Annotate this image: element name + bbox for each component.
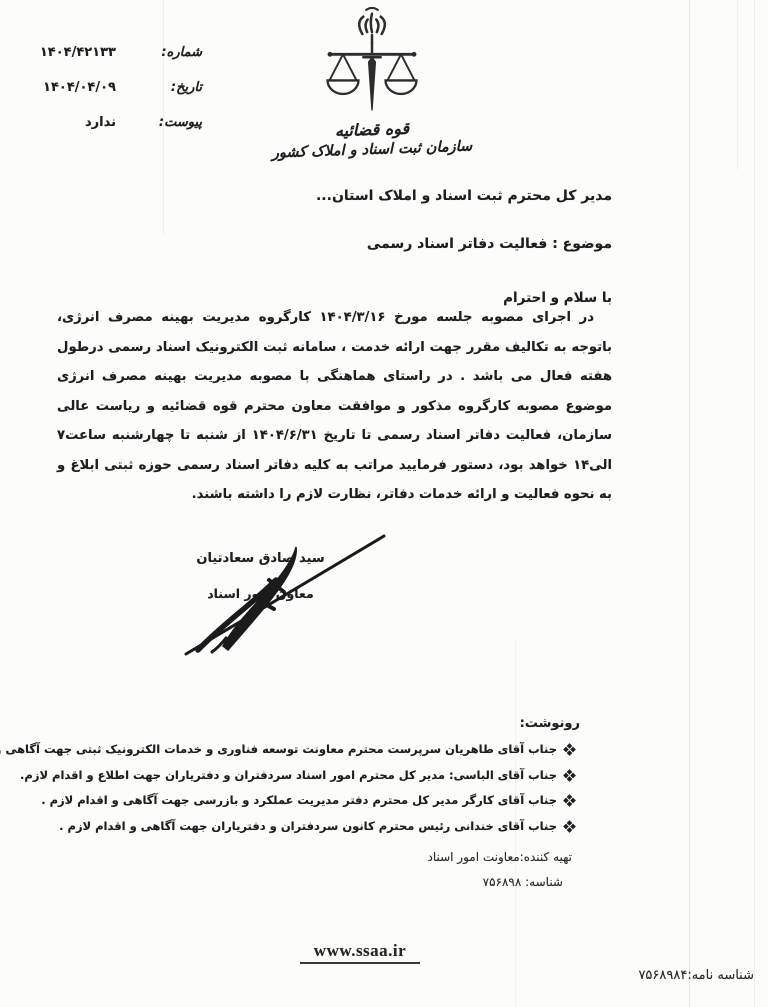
letter-attachment-label: پیوست: (144, 114, 202, 132)
cc-item-text: جناب آقای کارگر مدیر کل محترم دفتر مدیری… (41, 788, 557, 814)
addressee-line: مدیر کل محترم ثبت اسناد و املاک استان... (316, 188, 612, 204)
cc-item: جناب آقای الباسی: مدیر کل محترم امور اسن… (30, 763, 580, 789)
letter-number-value: ۱۴۰۴/۴۲۱۳۳ (20, 44, 116, 62)
cc-item-text: جناب آقای طاهریان سرپرست محترم معاونت تو… (0, 737, 557, 763)
letter-date-label: تاریخ: (144, 79, 202, 97)
cc-item: جناب آقای خندانی رئیس محترم کانون سردفتر… (30, 814, 580, 840)
website-url: www.ssaa.ir (300, 941, 420, 964)
document-id-line: شناسه: ۷۵۶۸۹۸ (427, 874, 572, 890)
letter-number-row: شماره: ۱۴۰۴/۴۲۱۳۳ (20, 44, 202, 62)
cc-item: جناب آقای طاهریان سرپرست محترم معاونت تو… (30, 737, 580, 763)
prepared-by-block: تهیه کننده:معاونت امور اسناد شناسه: ۷۵۶۸… (427, 849, 572, 890)
cc-heading: رونوشت: (30, 716, 580, 731)
diamond-bullet-icon (563, 743, 576, 756)
scan-artifact-line (754, 0, 755, 1007)
prepared-by-line: تهیه کننده:معاونت امور اسناد (427, 849, 572, 865)
letter-id-line: شناسه نامه:۷۵۶۸۹۸۴ (638, 968, 754, 983)
letter-date-row: تاریخ: ۱۴۰۴/۰۴/۰۹ (20, 79, 202, 97)
letter-body: در اجرای مصوبه جلسه مورخ ۱۴۰۴/۳/۱۶ کارگر… (57, 303, 612, 510)
letterhead-emblem: قوه قضائیه سازمان ثبت اسناد و املاک کشور (252, 6, 492, 158)
letter-attachment-row: پیوست: ندارد (20, 114, 202, 132)
letter-attachment-value: ندارد (20, 114, 116, 132)
cc-item-text: جناب آقای خندانی رئیس محترم کانون سردفتر… (59, 814, 557, 840)
letter-date-value: ۱۴۰۴/۰۴/۰۹ (20, 79, 116, 97)
diamond-bullet-icon (563, 794, 576, 807)
scanned-letter-page: شماره: ۱۴۰۴/۴۲۱۳۳ تاریخ: ۱۴۰۴/۰۴/۰۹ پیوس… (0, 0, 768, 1007)
letter-metadata: شماره: ۱۴۰۴/۴۲۱۳۳ تاریخ: ۱۴۰۴/۰۴/۰۹ پیوس… (20, 44, 202, 149)
cc-item: جناب آقای کارگر مدیر کل محترم دفتر مدیری… (30, 788, 580, 814)
scan-artifact-line (689, 0, 690, 1007)
cc-item-text: جناب آقای الباسی: مدیر کل محترم امور اسن… (20, 763, 557, 789)
subject-line: موضوع : فعالیت دفاتر اسناد رسمی (367, 236, 612, 252)
cc-section: رونوشت: جناب آقای طاهریان سرپرست محترم م… (30, 716, 580, 839)
diamond-bullet-icon (563, 769, 576, 782)
handwritten-signature-icon (168, 528, 398, 663)
letter-number-label: شماره: (144, 44, 202, 62)
judiciary-scales-emblem-icon (302, 6, 442, 122)
scan-artifact-line (737, 0, 738, 170)
diamond-bullet-icon (563, 820, 576, 833)
